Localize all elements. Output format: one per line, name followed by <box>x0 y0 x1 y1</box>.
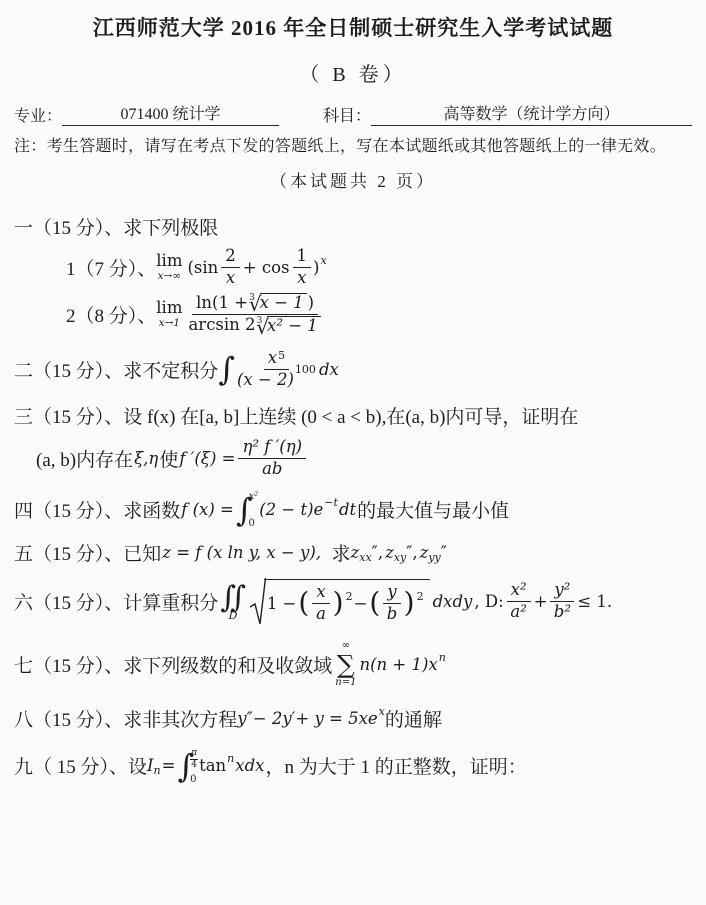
integral-limits: x² 0 <box>249 491 259 529</box>
partial-derivative-list: zxx″, zxy″, zyy″ <box>351 543 449 562</box>
limit-operator: lim x→∞ <box>156 253 182 282</box>
differential: dx <box>319 360 339 379</box>
subscript: yy <box>428 552 440 563</box>
math-token: 1 − <box>267 594 297 613</box>
question-1-1: 1（7 分）、 lim x→∞ (sin 2 x + cos 1 x ) x <box>66 247 692 288</box>
fraction-denominator: b² <box>554 602 571 622</box>
question-9-suffix: ，n 为大于 1 的正整数，证明： <box>265 752 526 779</box>
question-4-suffix: 的最大值与最小值 <box>357 496 509 523</box>
exam-note: 注：考生答题时，请写在考点下发的答题纸上，写在本试题纸或其他答题纸上的一律无效。 <box>14 133 692 156</box>
question-5-prefix: 五（15 分）、已知 <box>14 539 161 566</box>
integral-with-limits: ∫ x² 0 <box>236 491 258 529</box>
question-8: 八（15 分）、求非其次方程 y″− 2y′+ y = 5xe x 的通解 <box>14 705 692 732</box>
exponent: 2 <box>346 591 353 602</box>
lower-limit: 0 <box>190 774 196 785</box>
definite-integral-formula: f (x) = ∫ x² 0 (2 − t)e −t dt <box>180 491 357 529</box>
prime-mark: ″, <box>372 543 383 562</box>
math-token: y″− 2y′+ y = 5xe <box>237 709 377 728</box>
math-token: f (x) = <box>181 500 234 519</box>
question-6: 六（15 分）、计算重积分 ∬ D 1 − ( x a ) 2 <box>14 577 692 627</box>
mean-value-formula: f ′(ξ) = η² f ′(η) ab <box>178 438 308 479</box>
major-value: 071400 统计学 <box>62 101 279 126</box>
question-9-prefix: 九（ 15 分）、设 <box>14 752 147 779</box>
double-integral-formula: ∬ D 1 − ( x a ) 2 − ( <box>218 577 613 627</box>
fraction-numerator: y <box>383 583 400 604</box>
fraction: 2 x <box>221 247 240 288</box>
prime-mark: ″, <box>406 543 417 562</box>
fraction-denominator: x <box>226 268 235 288</box>
exponent: −t <box>324 497 338 508</box>
paren-icon: ( <box>369 589 380 617</box>
radicand: 1 − ( x a ) 2 − ( y b ) 2 <box>264 579 430 625</box>
subscript: xx <box>359 552 371 563</box>
radicand: x − 1 <box>260 293 307 313</box>
fraction-denominator: (x − 2) 100 <box>237 370 316 390</box>
paren-icon: ( <box>298 589 309 617</box>
fraction-numerator: 2 <box>221 247 240 268</box>
integral-formula: ∫ x 5 (x − 2) 100 dx <box>218 349 340 390</box>
fraction-denominator: ab <box>262 459 282 479</box>
math-token: ln(1 + <box>196 294 248 313</box>
In-integral-formula: I n = ∫ π 4 0 tan n xdx <box>147 747 265 785</box>
lim-subscript: x→1 <box>159 318 180 329</box>
question-3-line1: 三（15 分）、设 f(x) 在[a, b]上连续 (0 < a < b),在(… <box>14 402 578 429</box>
question-7-prefix: 七（15 分）、求下列级数的和及收敛域 <box>14 651 332 678</box>
exam-title: 江西师范大学 2016 年全日制硕士研究生入学考试试题 <box>14 12 692 42</box>
math-token: (sin <box>187 258 218 277</box>
question-7: 七（15 分）、求下列级数的和及收敛域 ∞ ∑ n=1 n(n + 1)x n <box>14 641 692 688</box>
exponent: n <box>439 652 446 663</box>
integral-limits: π 4 0 <box>190 747 198 785</box>
big-radical: 1 − ( x a ) 2 − ( y b ) 2 <box>250 577 430 627</box>
root-index: 3 <box>249 293 255 303</box>
fraction: η² f ′(η) ab <box>238 438 306 479</box>
paren-icon: ) <box>404 589 415 617</box>
limit-formula-2: lim x→1 ln(1 + 3 √ x − 1 ) arcsin 2 3 <box>156 293 324 336</box>
paper-version: （ B 卷） <box>14 58 692 87</box>
domain-intro: , D: <box>474 592 503 611</box>
question-1-1-prefix: 1（7 分）、 <box>66 254 156 281</box>
prime-mark: ″ <box>441 543 447 562</box>
fraction-denominator: x <box>297 268 306 288</box>
question-4: 四（15 分）、求函数 f (x) = ∫ x² 0 (2 − t)e −t d… <box>14 491 692 529</box>
fraction: x a <box>312 583 329 624</box>
summation-sign-icon: ∑ <box>337 652 355 677</box>
math-token: x <box>268 349 277 368</box>
math-token: = <box>162 756 176 775</box>
fraction-numerator: π <box>190 748 198 760</box>
question-5: 五（15 分）、已知 z = f (x ln y, x − y), 求 zxx″… <box>14 539 692 566</box>
limit-formula-1: lim x→∞ (sin 2 x + cos 1 x ) x <box>156 247 326 288</box>
math-token: tan <box>199 756 226 775</box>
lim-word: lim <box>156 253 182 270</box>
differential: dxdy <box>433 592 473 611</box>
math-token: + <box>534 592 548 611</box>
cube-root: 3 √ x² − 1 <box>257 316 321 336</box>
fraction-numerator: x² <box>507 581 531 602</box>
upper-limit: x² <box>249 491 259 502</box>
question-2: 二（15 分）、求不定积分 ∫ x 5 (x − 2) 100 dx <box>14 349 692 390</box>
limit-operator: lim x→1 <box>156 300 182 329</box>
fraction: ln(1 + 3 √ x − 1 ) arcsin 2 3 √ x² − 1 <box>188 293 321 336</box>
double-integral-with-domain: ∬ D <box>220 583 246 621</box>
exam-paper-page: 江西师范大学 2016 年全日制硕士研究生入学考试试题 （ B 卷） 专业： 0… <box>0 0 706 905</box>
fraction-numerator: y² <box>550 581 574 602</box>
question-3: 三（15 分）、设 f(x) 在[a, b]上连续 (0 < a < b),在(… <box>14 402 692 429</box>
integral-with-limits: ∫ π 4 0 <box>177 747 198 785</box>
math-token: ) <box>308 294 314 313</box>
paren-icon: ) <box>333 589 344 617</box>
fraction-denominator: arcsin 2 3 √ x² − 1 <box>188 315 321 336</box>
math-token: arcsin 2 <box>188 316 255 335</box>
lower-limit: 0 <box>249 518 255 529</box>
fraction: x² a² <box>507 581 531 622</box>
lim-word: lim <box>156 300 182 317</box>
question-1-2-prefix: 2（8 分）、 <box>66 301 156 328</box>
fraction-denominator: a² <box>510 602 526 622</box>
series-formula: ∞ ∑ n=1 n(n + 1)x n <box>332 641 446 688</box>
question-3-line2-text: (a, b)内存在 <box>36 445 133 472</box>
math-token: f ′(ξ) = <box>179 449 235 468</box>
math-token: − <box>354 594 368 613</box>
fraction-denominator: a <box>316 604 326 624</box>
domain-label: D <box>229 610 238 621</box>
exponent: 5 <box>278 350 285 361</box>
question-1-text: 一（15 分）、求下列极限 <box>14 213 218 240</box>
lim-subscript: x→∞ <box>158 271 181 282</box>
question-1: 一（15 分）、求下列极限 <box>14 213 692 240</box>
question-4-prefix: 四（15 分）、求函数 <box>14 496 180 523</box>
upper-limit: π 4 <box>190 747 198 771</box>
math-token: (2 − t)e <box>259 500 323 519</box>
summation-with-limits: ∞ ∑ n=1 <box>335 641 356 688</box>
question-9: 九（ 15 分）、设 I n = ∫ π 4 0 tan n xd <box>14 747 692 785</box>
cube-root: 3 √ x − 1 <box>249 293 307 313</box>
fraction-numerator: 1 <box>293 247 312 268</box>
question-8-prefix: 八（15 分）、求非其次方程 <box>14 705 237 732</box>
math-token: + cos <box>243 258 290 277</box>
subject-label: 科目： <box>323 103 371 126</box>
fraction-denominator: 4 <box>191 760 197 771</box>
question-3-line2: (a, b)内存在 ξ,η 使 f ′(ξ) = η² f ′(η) ab <box>36 438 692 479</box>
ode-formula: y″− 2y′+ y = 5xe x <box>237 709 385 728</box>
page-count: （本试题共 2 页） <box>14 167 692 192</box>
question-6-prefix: 六（15 分）、计算重积分 <box>14 588 218 615</box>
fraction: y b <box>383 583 400 624</box>
question-8-suffix: 的通解 <box>385 705 442 732</box>
function-definition: z = f (x ln y, x − y), <box>162 543 321 562</box>
exponent: x <box>320 255 326 266</box>
exponent: 100 <box>295 364 316 375</box>
differential: xdx <box>235 756 264 775</box>
math-token: ξ,η <box>134 449 158 468</box>
fraction-numerator: ln(1 + 3 √ x − 1 ) <box>192 293 318 315</box>
fraction: 1 x <box>293 247 312 288</box>
question-1-2: 2（8 分）、 lim x→1 ln(1 + 3 √ x − 1 ) arcsi… <box>66 293 692 336</box>
subscript: xy <box>394 552 406 563</box>
fraction-numerator: η² f ′(η) <box>238 438 306 459</box>
math-token: ≤ 1. <box>577 592 612 611</box>
math-token: ) <box>313 258 319 277</box>
fraction-numerator: x <box>312 583 329 604</box>
exponent: x <box>379 706 385 717</box>
radicand: x² − 1 <box>267 316 321 336</box>
math-token: z <box>385 543 394 562</box>
lower-limit: n=1 <box>335 678 356 688</box>
fraction: x 5 (x − 2) 100 <box>237 349 316 390</box>
pi-over-4: π 4 <box>190 748 198 771</box>
fraction: y² b² <box>550 581 574 622</box>
exponent: 2 <box>417 591 424 602</box>
root-index: 3 <box>257 316 263 326</box>
question-3-line2-text: 使 <box>159 445 178 472</box>
subject-value: 高等数学（统计学方向） <box>371 101 692 126</box>
math-token: (x − 2) <box>237 371 294 390</box>
fraction-denominator: b <box>387 604 398 624</box>
fraction-numerator: x 5 <box>264 349 289 370</box>
differential: dt <box>339 500 356 519</box>
integral-sign-icon: ∫ <box>218 353 235 385</box>
question-2-text: 二（15 分）、求不定积分 <box>14 356 218 383</box>
header-fields: 专业： 071400 统计学 科目： 高等数学（统计学方向） <box>14 101 692 126</box>
exponent: n <box>227 753 234 764</box>
math-token: n(n + 1)x <box>359 655 437 674</box>
major-label: 专业： <box>14 103 62 126</box>
math-token: z <box>351 543 360 562</box>
subscript: n <box>154 765 161 776</box>
question-5-mid: 求 <box>322 539 351 566</box>
